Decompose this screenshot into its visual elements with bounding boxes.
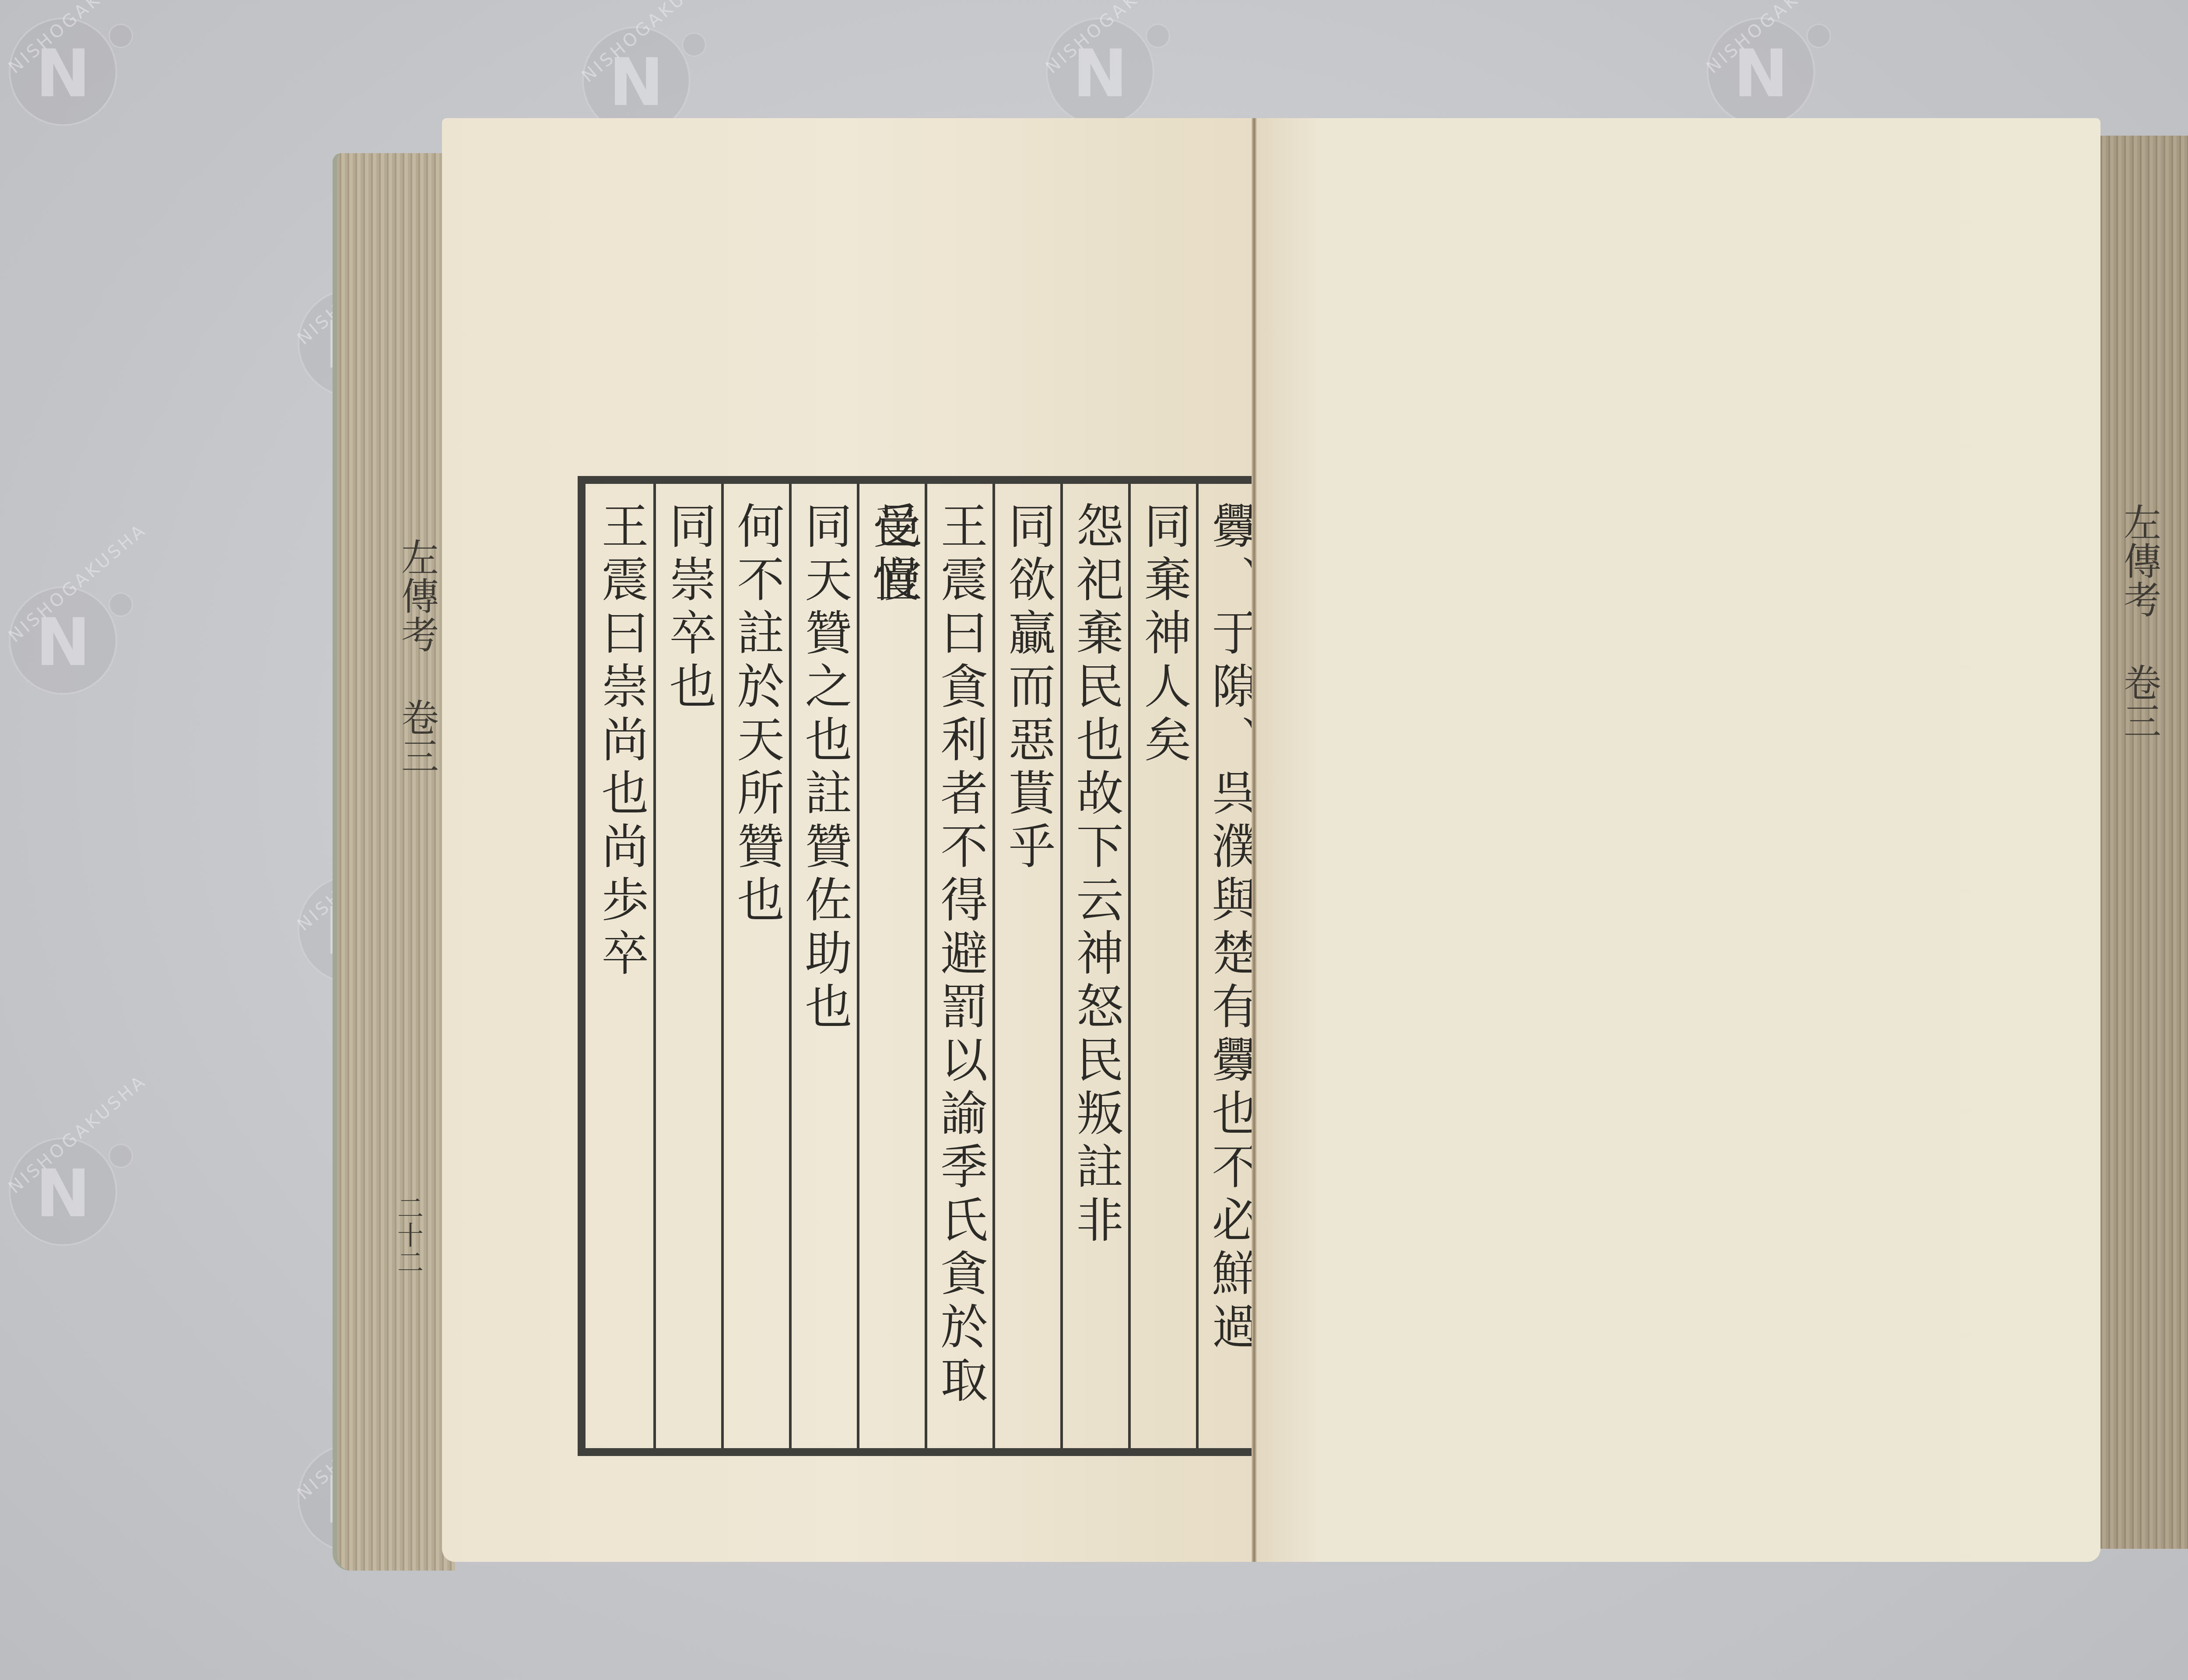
nishogakusha-watermark-icon: NNISHOGAKUSHA xyxy=(9,1137,117,1246)
book-fore-edge-left: 左傳考 卷三 二十二 xyxy=(333,153,455,1571)
left-page-columns: 釁、于隙、呉濮與楚有釁也不必鮮過同棄神人矣怨祀棄民也故下云神怒民叛註非同欲贏而惡… xyxy=(586,484,1264,1448)
book-fore-edge-right: 左傳考 卷三 xyxy=(2090,136,2188,1549)
book-gutter xyxy=(1252,118,1257,1562)
fore-edge-page-number: 二十二 xyxy=(389,1194,427,1276)
text-column: 同崇卒也 xyxy=(653,484,721,1448)
text-column: 王震曰貪利者不得避罰以諭季氏貪於取邑宜 xyxy=(925,484,992,1448)
open-book: 左傳考 卷三 二十二 左傳考 卷三 釁、于隙、呉濮與楚有釁也不必鮮過同棄神人矣怨… xyxy=(333,118,2188,1571)
fore-edge-title-left: 左傳考 卷三 xyxy=(389,538,444,775)
text-column: 王震曰崇尚也尚歩卒 xyxy=(586,484,653,1448)
nishogakusha-watermark-icon: NNISHOGAKUSHA xyxy=(9,586,117,695)
text-column: 同天贊之也註贊佐助也 xyxy=(789,484,857,1448)
left-page: 釁、于隙、呉濮與楚有釁也不必鮮過同棄神人矣怨祀棄民也故下云神怒民叛註非同欲贏而惡… xyxy=(442,118,1254,1562)
text-column: 何不註於天所贊也 xyxy=(721,484,789,1448)
text-column: 怨祀棄民也故下云神怒民叛註非 xyxy=(1060,484,1128,1448)
text-column: 同棄神人矣 xyxy=(1128,484,1196,1448)
fore-edge-title-right: 左傳考 卷三 xyxy=(2112,503,2166,740)
nishogakusha-watermark-icon: NNISHOGAKUSHA xyxy=(1707,17,1815,126)
left-page-text-frame: 釁、于隙、呉濮與楚有釁也不必鮮過同棄神人矣怨祀棄民也故下云神怒民叛註非同欲贏而惡… xyxy=(578,476,1273,1456)
right-page: 同小國共共是供給之共也杜以為恭非也同衛而惡之吾又甚焉王震曰衛社稷而禍之又甚於墻壞… xyxy=(1254,118,2100,1562)
text-column: 受慢 xyxy=(857,484,925,1448)
nishogakusha-watermark-icon: NNISHOGAKUSHA xyxy=(9,17,117,126)
text-column: 同欲贏而惡貰乎 xyxy=(992,484,1060,1448)
nishogakusha-watermark-icon: NNISHOGAKUSHA xyxy=(1046,17,1154,126)
